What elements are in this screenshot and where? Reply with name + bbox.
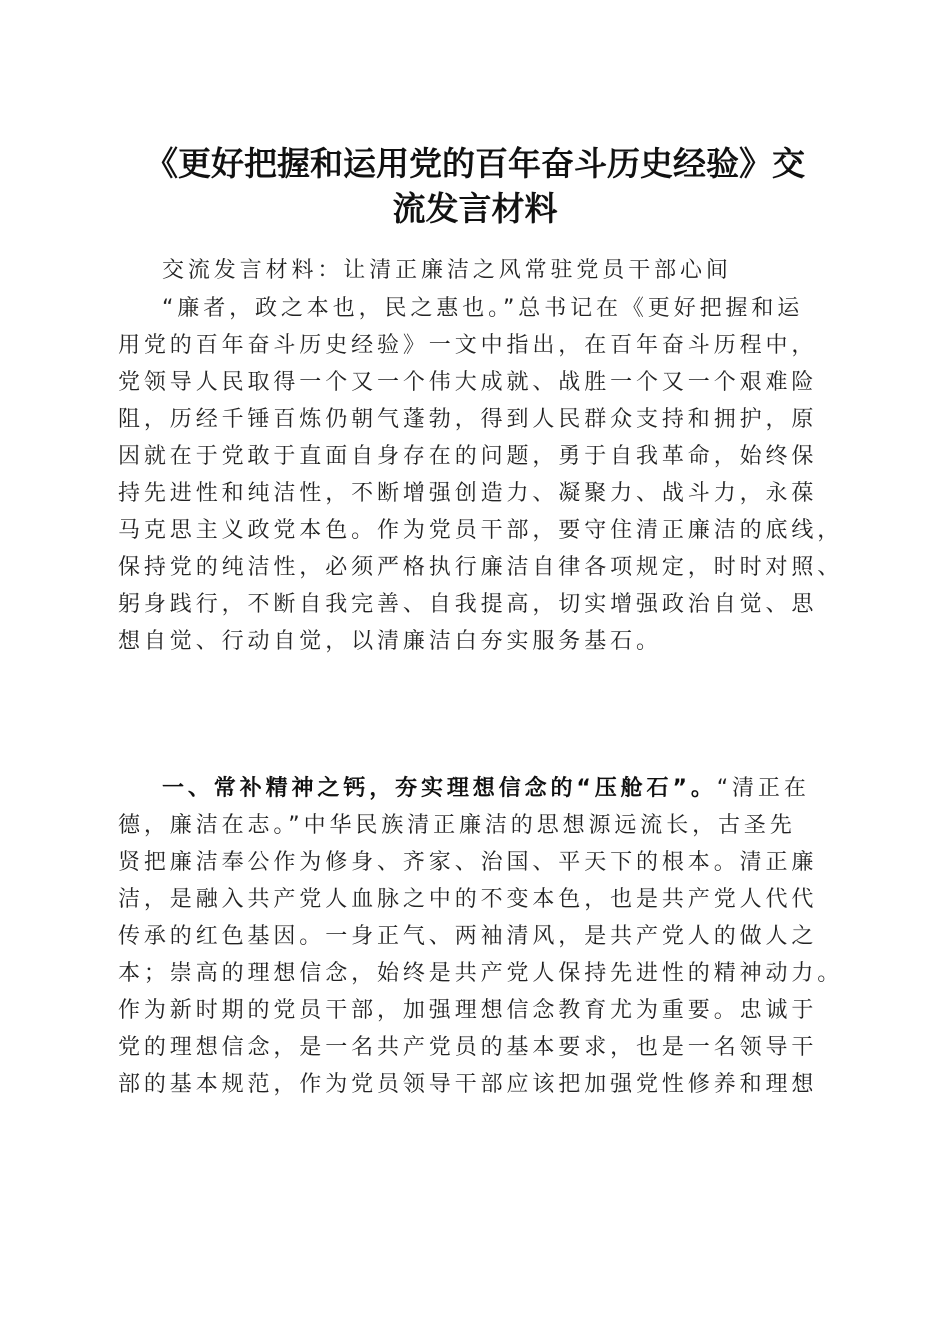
paragraph-line: 躬身践行，不断自我完善、自我提高，切实增强政治自觉、思 [118, 592, 817, 618]
document-title-line-1: 《更好把握和运用党的百年奋斗历史经验》交 [0, 138, 950, 185]
paragraph-line: “廉者，政之本也，民之惠也。”总书记在《更好把握和运 [162, 296, 803, 322]
paragraph-line: 部的基本规范，作为党员领导干部应该把加强党性修养和理想 [118, 1072, 817, 1098]
document-page: 《更好把握和运用党的百年奋斗历史经验》交 流发言材料 交流发言材料：让清正廉洁之… [0, 0, 950, 1344]
paragraph-line: 马克思主义政党本色。作为党员干部，要守住清正廉洁的底线， [118, 518, 843, 544]
paragraph-line: 德，廉洁在志。”中华民族清正廉洁的思想源远流长，古圣先 [118, 813, 796, 839]
paragraph-line: 党领导人民取得一个又一个伟大成就、战胜一个又一个艰难险 [118, 370, 817, 396]
paragraph-line: 阻，历经千锤百炼仍朝气蓬勃，得到人民群众支持和拥护，原 [118, 407, 817, 433]
paragraph-line: 用党的百年奋斗历史经验》一文中指出，在百年奋斗历程中， [118, 333, 817, 359]
section-1-heading: 一、常补精神之钙，夯实理想信念的“压舱石”。 [162, 776, 717, 801]
paragraph-line: 因就在于党敢于直面自身存在的问题，勇于自我革命，始终保 [118, 444, 817, 470]
paragraph-line: 持先进性和纯洁性，不断增强创造力、凝聚力、战斗力，永葆 [118, 481, 817, 507]
paragraph-line: 党的理想信念，是一名共产党员的基本要求，也是一名领导干 [118, 1035, 817, 1061]
paragraph-line: 传承的红色基因。一身正气、两袖清风，是共产党人的做人之 [118, 924, 817, 950]
paragraph-line: 作为新时期的党员干部，加强理想信念教育尤为重要。忠诚于 [118, 998, 817, 1024]
paragraph-line: 贤把廉洁奉公作为修身、齐家、治国、平天下的根本。清正廉 [118, 850, 817, 876]
paragraph-line: 洁，是融入共产党人血脉之中的不变本色，也是共产党人代代 [118, 887, 817, 913]
document-subtitle: 交流发言材料：让清正廉洁之风常驻党员干部心间 [162, 258, 732, 284]
paragraph-line: 本；崇高的理想信念，始终是共产党人保持先进性的精神动力。 [118, 961, 843, 987]
paragraph-line: 保持党的纯洁性，必须严格执行廉洁自律各项规定，时时对照、 [118, 555, 843, 581]
section-1-first-line: 一、常补精神之钙，夯实理想信念的“压舱石”。“清正在 [162, 776, 810, 802]
document-title-line-2: 流发言材料 [0, 183, 950, 230]
paragraph-line: 想自觉、行动自觉，以清廉洁白夯实服务基石。 [118, 629, 662, 655]
section-1-first-line-rest: “清正在 [717, 776, 810, 801]
